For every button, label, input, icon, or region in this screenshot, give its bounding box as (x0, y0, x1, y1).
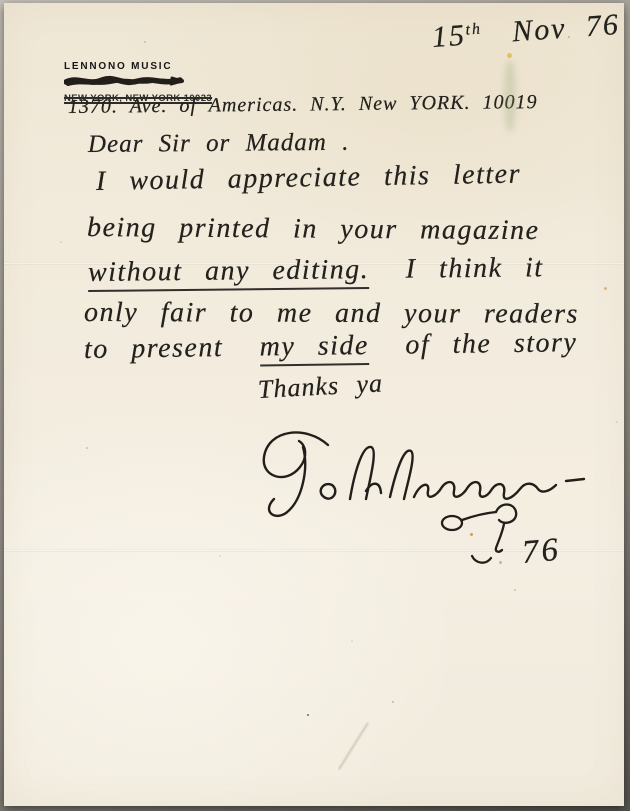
salutation: Dear Sir or Madam . (88, 129, 350, 159)
paper-spot (568, 36, 570, 38)
letterhead-company: LENNONO MUSIC (64, 61, 212, 72)
paper-scratch (338, 722, 369, 770)
paper-spot (144, 41, 146, 43)
date-day: 15 (431, 19, 467, 54)
paper-spot (499, 561, 502, 564)
paper-spot (514, 589, 516, 591)
paper-spot (351, 640, 353, 642)
body-line: without any editing. I think it (88, 252, 544, 292)
paper-spot (470, 533, 473, 536)
paper-spot (616, 421, 618, 423)
date-ordinal: th (465, 21, 483, 39)
body-line: being printed in your magazine (87, 212, 540, 247)
paper-spot (60, 241, 62, 243)
body-text: of the story (405, 327, 577, 361)
signature (230, 423, 588, 523)
redacted-address-scribble (64, 74, 184, 88)
self-portrait-doodle (434, 498, 534, 578)
body-text: being printed in your magazine (87, 212, 540, 247)
paper-spot (86, 447, 88, 449)
paper-spot (604, 287, 607, 290)
body-text-underlined: without any editing. (88, 254, 370, 292)
body-line: to present my side of the story (84, 327, 578, 369)
date-month-year: Nov 76 (511, 8, 621, 48)
body-text-underlined: my side (259, 330, 369, 367)
paper-spot (307, 714, 309, 716)
paper-spot (507, 53, 512, 58)
handwritten-address: 1370. Ave. of Americas. N.Y. New YORK. 1… (68, 91, 538, 119)
body-text: only fair to me and your readers (84, 297, 579, 331)
body-line: only fair to me and your readers (84, 297, 579, 331)
body-line: I would appreciate this letter (96, 159, 522, 198)
date: 15th Nov 76 (431, 8, 621, 55)
body-text: I think it (406, 252, 544, 285)
paper-spot (392, 701, 394, 703)
year-note: 76 (520, 532, 562, 572)
body-text: to present (84, 332, 224, 366)
body-text: I would appreciate this letter (96, 159, 522, 198)
paper-spot (219, 555, 221, 557)
paper-smudge (504, 61, 516, 131)
letter-paper: 15th Nov 76 LENNONO MUSIC NEW YORK, NEW … (4, 3, 624, 806)
scan-background: 15th Nov 76 LENNONO MUSIC NEW YORK, NEW … (0, 0, 630, 811)
closing: Thanks ya (257, 368, 384, 405)
